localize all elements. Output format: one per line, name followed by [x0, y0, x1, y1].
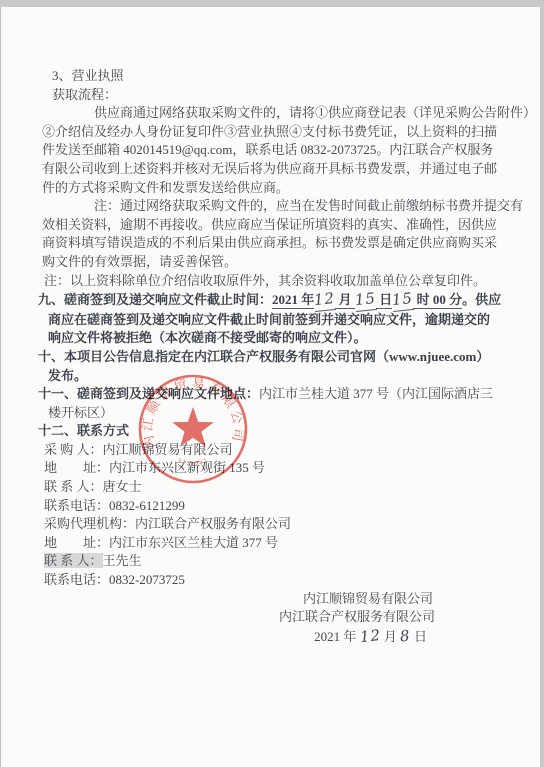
contact-label-highlight: 联 系 人： — [44, 553, 103, 568]
text-segment: 地 址：内江市东兴区新观街 135 号 — [44, 460, 265, 475]
section11-location-line2: 楼开标区） — [38, 404, 508, 423]
text-segment: 十、本项目公告信息指定在内江联合产权服务有限公司官网（www.njuee.com… — [38, 349, 489, 364]
text-segment: 获取流程： — [52, 87, 117, 102]
location-label: 十一、磋商签到及递交响应文件地点： — [38, 386, 259, 401]
text-segment: 时 00 分 — [413, 292, 462, 309]
text-segment: 商应在磋商签到及递交响应文件截止时间前签到并递交响应文件，逾期递交的 — [48, 312, 490, 327]
business-license-item: 3、营业执照 — [38, 67, 508, 86]
note1-line2: 效相关资料，逾期不再接收。供应商应当保证所填资料的真实、准确性，因供应 — [38, 216, 508, 235]
agency-phone-line: 联系电话：0832-2073725 — [38, 571, 508, 590]
purchaser-address-line: 地 址：内江市东兴区新观街 135 号 — [38, 459, 508, 478]
acquire-para-line5: 件的方式将采购文件和发票发送给供应商。 — [38, 179, 508, 198]
text-segment: 件发送至邮箱 402014519@qq.com，联系电话 0832-207372… — [42, 142, 493, 157]
purchaser-phone-line: 联系电话：0832-6121299 — [38, 497, 508, 516]
text-segment: 王先生 — [103, 553, 142, 568]
text-segment: 3、营业执照 — [52, 68, 124, 83]
deadline-label: 九、磋商签到及递交响应文件截止时间： — [38, 292, 272, 307]
text-segment: 联系电话：0832-2073725 — [44, 572, 185, 587]
section11-location-line1: 十一、磋商签到及递交响应文件地点：内江市兰桂大道 377 号（内江国际酒店三 — [38, 385, 508, 404]
acquire-para-line2: ②介绍信及经办人身份证复印件③营业执照④支付标书费凭证，以上资料的扫描 — [38, 123, 508, 142]
agency-address-line: 地 址：内江市东兴区兰桂大道 377 号 — [38, 534, 508, 553]
note2-line: 注：以上资料除单位介绍信收取原件外，其余资料收取加盖单位公章复印件。 — [38, 272, 508, 291]
text-segment: 采购代理机构：内江联合产权服务有限公司 — [44, 516, 291, 531]
text-segment: 注：通过网络获取采购文件的，应当在发售时间截止前缴纳标书费并提交有 — [94, 198, 523, 213]
text-segment: 联系电话：0832-6121299 — [44, 498, 185, 513]
note1-line3: 商资料填写错误造成的不利后果由供应商承担。标书费发票是确定供应商购买采 — [38, 234, 508, 253]
text-segment: 楼开标区） — [48, 405, 113, 420]
text-segment: 2021 年 — [272, 292, 314, 309]
signature-company1: 内江顺锦贸易有限公司 — [38, 590, 508, 609]
text-segment: 地 址：内江市东兴区兰桂大道 377 号 — [44, 535, 278, 550]
text-segment: 联 系 人：唐女士 — [44, 479, 142, 494]
signature-date: 2021 年 12 月 8 日 — [38, 627, 508, 647]
handwritten-sign-month: 12 — [359, 626, 382, 647]
signature-company2: 内江联合产权服务有限公司 — [38, 608, 508, 627]
handwritten-day: 15 — [354, 289, 377, 312]
text-segment: 件的方式将采购文件和发票发送给供应商。 — [42, 180, 289, 195]
text-segment: 月 — [381, 629, 401, 644]
text-segment: 2021 年 — [314, 629, 360, 644]
purchaser-contact-line: 联 系 人：唐女士 — [38, 478, 508, 497]
text-segment: ②介绍信及经办人身份证复印件③营业执照④支付标书费凭证，以上资料的扫描 — [42, 124, 497, 139]
agency-line: 采购代理机构：内江联合产权服务有限公司 — [38, 515, 508, 534]
text-segment: 内江顺锦贸易有限公司 — [303, 591, 433, 606]
section9-deadline-line2: 商应在磋商签到及递交响应文件截止时间前签到并递交响应文件，逾期递交的 — [38, 311, 508, 330]
text-segment: 响应文件将被拒绝（本次磋商不接受邮寄的响应文件）。 — [48, 330, 367, 345]
text-segment: 内江联合产权服务有限公司 — [279, 609, 435, 624]
handwritten-month: 12 — [313, 289, 336, 312]
text-segment: 月 — [335, 292, 355, 309]
purchaser-line: 采 购 人：内江顺锦贸易有限公司 — [38, 441, 508, 460]
document-page: 3、营业执照获取流程：供应商通过网络获取采购文件的，请将①供应商登记表（详见采购… — [0, 7, 540, 767]
acquire-process-label: 获取流程： — [38, 86, 508, 105]
text-segment: 采 购 人：内江顺锦贸易有限公司 — [44, 442, 233, 457]
handwritten-hour: 15 — [391, 289, 414, 312]
text-segment: 效相关资料，逾期不再接收。供应商应当保证所填资料的真实、准确性，因供应 — [42, 217, 497, 232]
section10-announce-line2: 发布。 — [38, 367, 508, 386]
text-segment: 购文件的有效票据，请妥善保管。 — [42, 254, 237, 269]
text-segment: 注：以上资料除单位介绍信收取原件外，其余资料收取加盖单位公章复印件。 — [44, 273, 486, 288]
document-lines: 3、营业执照获取流程：供应商通过网络获取采购文件的，请将①供应商登记表（详见采购… — [38, 67, 508, 646]
section9-deadline-line3: 响应文件将被拒绝（本次磋商不接受邮寄的响应文件）。 — [38, 329, 508, 348]
text-segment: 。供应 — [462, 292, 501, 307]
handwritten-sign-day: 8 — [399, 626, 411, 646]
text-segment: 日 — [411, 629, 427, 644]
section9-deadline-line1: 九、磋商签到及递交响应文件截止时间：2021 年12 月 15 日15 时 00… — [38, 290, 508, 311]
acquire-para-line3: 件发送至邮箱 402014519@qq.com，联系电话 0832-207372… — [38, 141, 508, 160]
acquire-para-line4: 有限公司收到上述资料并核对无误后将为供应商开具标书费发票，并通过电子邮 — [38, 160, 508, 179]
text-segment: 十二、联系方式 — [38, 423, 129, 438]
text-segment: 供应商通过网络获取采购文件的，请将①供应商登记表（详见采购公告附件） — [94, 105, 536, 120]
note1-line4: 购文件的有效票据，请妥善保管。 — [38, 253, 508, 272]
section10-announce-line1: 十、本项目公告信息指定在内江联合产权服务有限公司官网（www.njuee.com… — [38, 348, 508, 367]
text-segment: 商资料填写错误造成的不利后果由供应商承担。标书费发票是确定供应商购买采 — [42, 235, 497, 250]
text-segment: 日 — [376, 292, 392, 309]
section12-contact-heading: 十二、联系方式 — [38, 422, 508, 441]
note1-line1: 注：通过网络获取采购文件的，应当在发售时间截止前缴纳标书费并提交有 — [38, 197, 508, 216]
agency-contact-line: 联 系 人：王先生 — [38, 552, 508, 571]
text-segment: 有限公司收到上述资料并核对无误后将为供应商开具标书费发票，并通过电子邮 — [42, 161, 497, 176]
text-segment: 内江市兰桂大道 377 号（内江国际酒店三 — [259, 386, 493, 401]
text-segment: 发布。 — [48, 368, 87, 383]
acquire-para-line1: 供应商通过网络获取采购文件的，请将①供应商登记表（详见采购公告附件） — [38, 104, 508, 123]
